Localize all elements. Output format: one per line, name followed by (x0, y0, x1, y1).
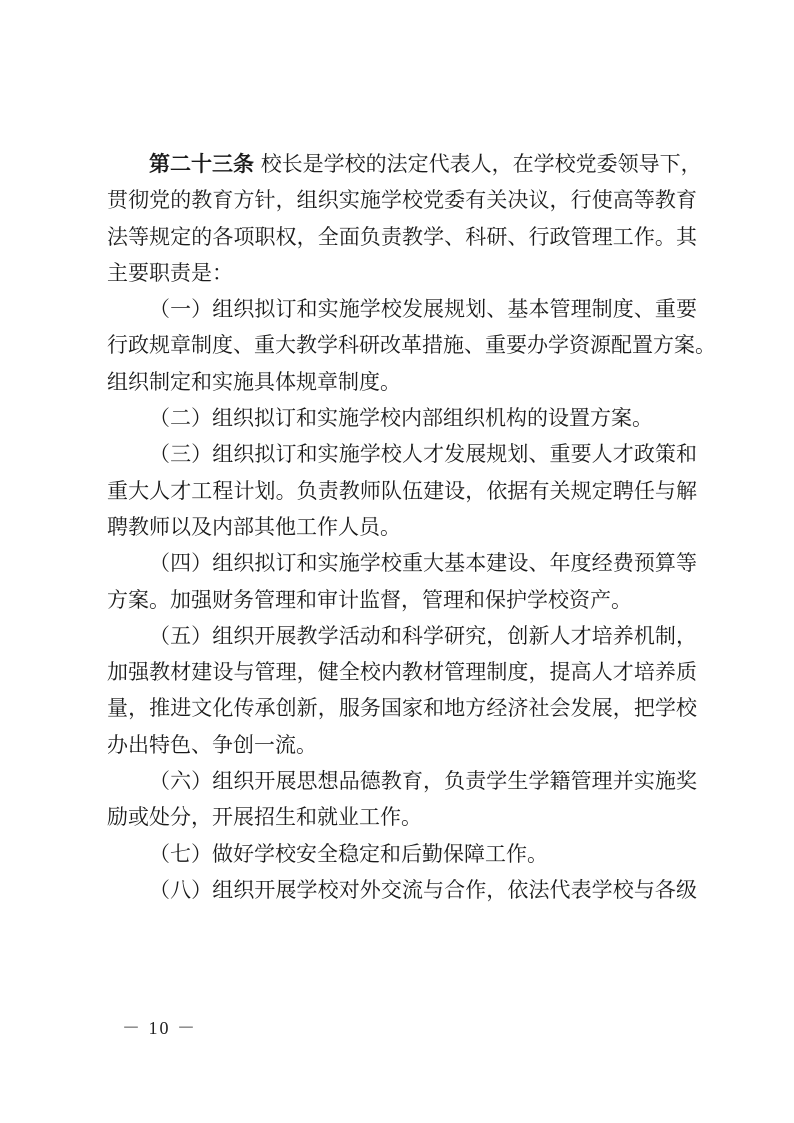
text-line: 贯彻党的教育方针，组织实施学校党委有关决议，行使高等教育 (107, 182, 697, 218)
text-line: 办出特色、争创一流。 (107, 727, 697, 763)
clause-3-line: （三）组织拟订和实施学校人才发展规划、重要人才政策和 (107, 436, 697, 472)
text-line: 行政规章制度、重大教学科研改革措施、重要办学资源配置方案。 (107, 327, 697, 363)
clause-8-line: （八）组织开展学校对外交流与合作，依法代表学校与各级 (107, 872, 697, 908)
text-line: 加强教材建设与管理，健全校内教材管理制度，提高人才培养质 (107, 654, 697, 690)
clause-4-line: （四）组织拟订和实施学校重大基本建设、年度经费预算等 (107, 545, 697, 581)
text-line: 主要职责是： (107, 255, 697, 291)
text-line: 量，推进文化传承创新，服务国家和地方经济社会发展，把学校 (107, 690, 697, 726)
article-heading: 第二十三条 (149, 151, 254, 176)
clause-2-line: （二）组织拟订和实施学校内部组织机构的设置方案。 (107, 400, 697, 436)
clause-5-line: （五）组织开展教学活动和科学研究，创新人才培养机制， (107, 618, 697, 654)
clause-7-line: （七）做好学校安全稳定和后勤保障工作。 (107, 836, 697, 872)
article-body: 第二十三条 校长是学校的法定代表人，在学校党委领导下， 贯彻党的教育方针，组织实… (107, 146, 697, 908)
text-line: 组织制定和实施具体规章制度。 (107, 364, 697, 400)
text-line: 方案。加强财务管理和审计监督，管理和保护学校资产。 (107, 582, 697, 618)
document-page: 第二十三条 校长是学校的法定代表人，在学校党委领导下， 贯彻党的教育方针，组织实… (0, 0, 794, 1123)
text-line: 励或处分，开展招生和就业工作。 (107, 799, 697, 835)
text-line: 聘教师以及内部其他工作人员。 (107, 509, 697, 545)
text-line: 第二十三条 校长是学校的法定代表人，在学校党委领导下， (107, 146, 697, 182)
clause-1-line: （一）组织拟订和实施学校发展规划、基本管理制度、重要 (107, 291, 697, 327)
clause-6-line: （六）组织开展思想品德教育，负责学生学籍管理并实施奖 (107, 763, 697, 799)
text-line: 重大人才工程计划。负责教师队伍建设，依据有关规定聘任与解 (107, 473, 697, 509)
page-number: － 10 － (122, 1014, 197, 1040)
text-line: 法等规定的各项职权，全面负责教学、科研、行政管理工作。其 (107, 219, 697, 255)
